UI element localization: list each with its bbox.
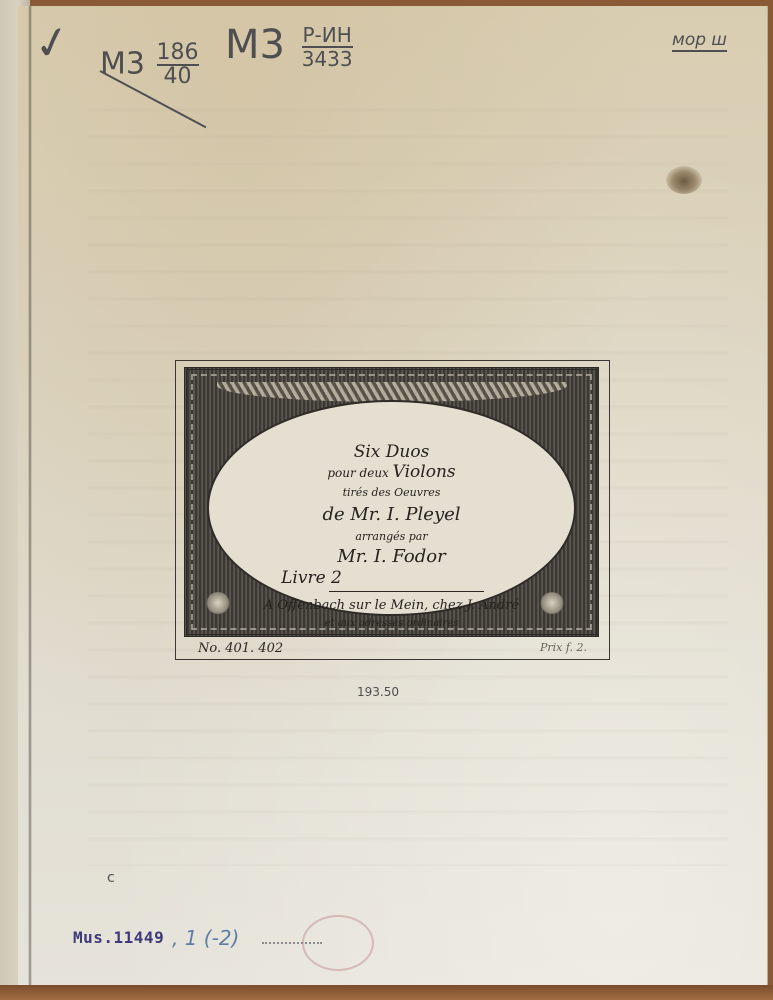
old-shelfmark-denominator: 40 xyxy=(157,66,199,88)
title-cartouche: Six Duos pour deux Violons tirés des Oeu… xyxy=(209,402,574,614)
corner-annotation-text: мор ш xyxy=(672,30,727,52)
distribution-line: et aux adresses ordinaires xyxy=(209,618,574,629)
instrument-prefix: pour deux xyxy=(327,466,388,480)
new-shelfmark-fraction: Р-ИН 3433 xyxy=(302,24,353,70)
engraved-title-plate: Six Duos pour deux Violons tirés des Oeu… xyxy=(175,360,610,660)
arranged-by-label: arrangés par xyxy=(209,530,574,543)
book-number: Livre 2 xyxy=(129,568,494,588)
library-shelfmark-stamp: Mus.11449 xyxy=(73,928,164,947)
title-line-instrument: pour deux Violons xyxy=(209,462,574,482)
old-shelfmark-numerator: 186 xyxy=(157,42,199,66)
composer-name: de Mr. I. Pleyel xyxy=(209,504,574,525)
binding-spine xyxy=(28,6,32,990)
wooden-table-surface xyxy=(0,985,773,1000)
title-text-block: Six Duos pour deux Violons tirés des Oeu… xyxy=(209,402,574,614)
flower-ornament-right xyxy=(539,592,565,614)
new-shelfmark-prefix: M3 xyxy=(225,22,285,68)
laurel-garland-ornament xyxy=(217,382,567,402)
faded-library-round-stamp xyxy=(302,915,374,971)
publisher-imprint: A Offenbach sur le Mein, chez J. André xyxy=(209,598,574,613)
instrument-name: Violons xyxy=(393,462,456,482)
paper-stain xyxy=(666,166,702,194)
old-shelfmark: M3 186 40 xyxy=(100,42,199,88)
old-shelfmark-fraction: 186 40 xyxy=(157,42,199,88)
plate-number: No. 401. 402 xyxy=(198,641,283,656)
ornamental-frame: Six Duos pour deux Violons tirés des Oeu… xyxy=(184,367,599,637)
title-line-six-duos: Six Duos xyxy=(209,442,574,462)
pencil-c-mark: c xyxy=(107,870,115,886)
divider-rule xyxy=(329,591,484,592)
new-shelfmark-denominator: 3433 xyxy=(302,48,353,70)
pencil-price-note: 193.50 xyxy=(357,685,399,699)
old-shelfmark-prefix: M3 xyxy=(100,47,145,82)
new-shelfmark: M3 Р-ИН 3433 xyxy=(225,22,353,70)
price-label: Prix f. 2. xyxy=(540,641,587,654)
corner-annotation: мор ш xyxy=(672,30,727,50)
handwritten-volume-note: , 1 (-2) xyxy=(172,926,239,950)
flower-ornament-left xyxy=(205,592,231,614)
title-line-source: tirés des Oeuvres xyxy=(209,486,574,499)
new-shelfmark-numerator: Р-ИН xyxy=(302,24,353,48)
arranger-name: Mr. I. Fodor xyxy=(209,546,574,567)
